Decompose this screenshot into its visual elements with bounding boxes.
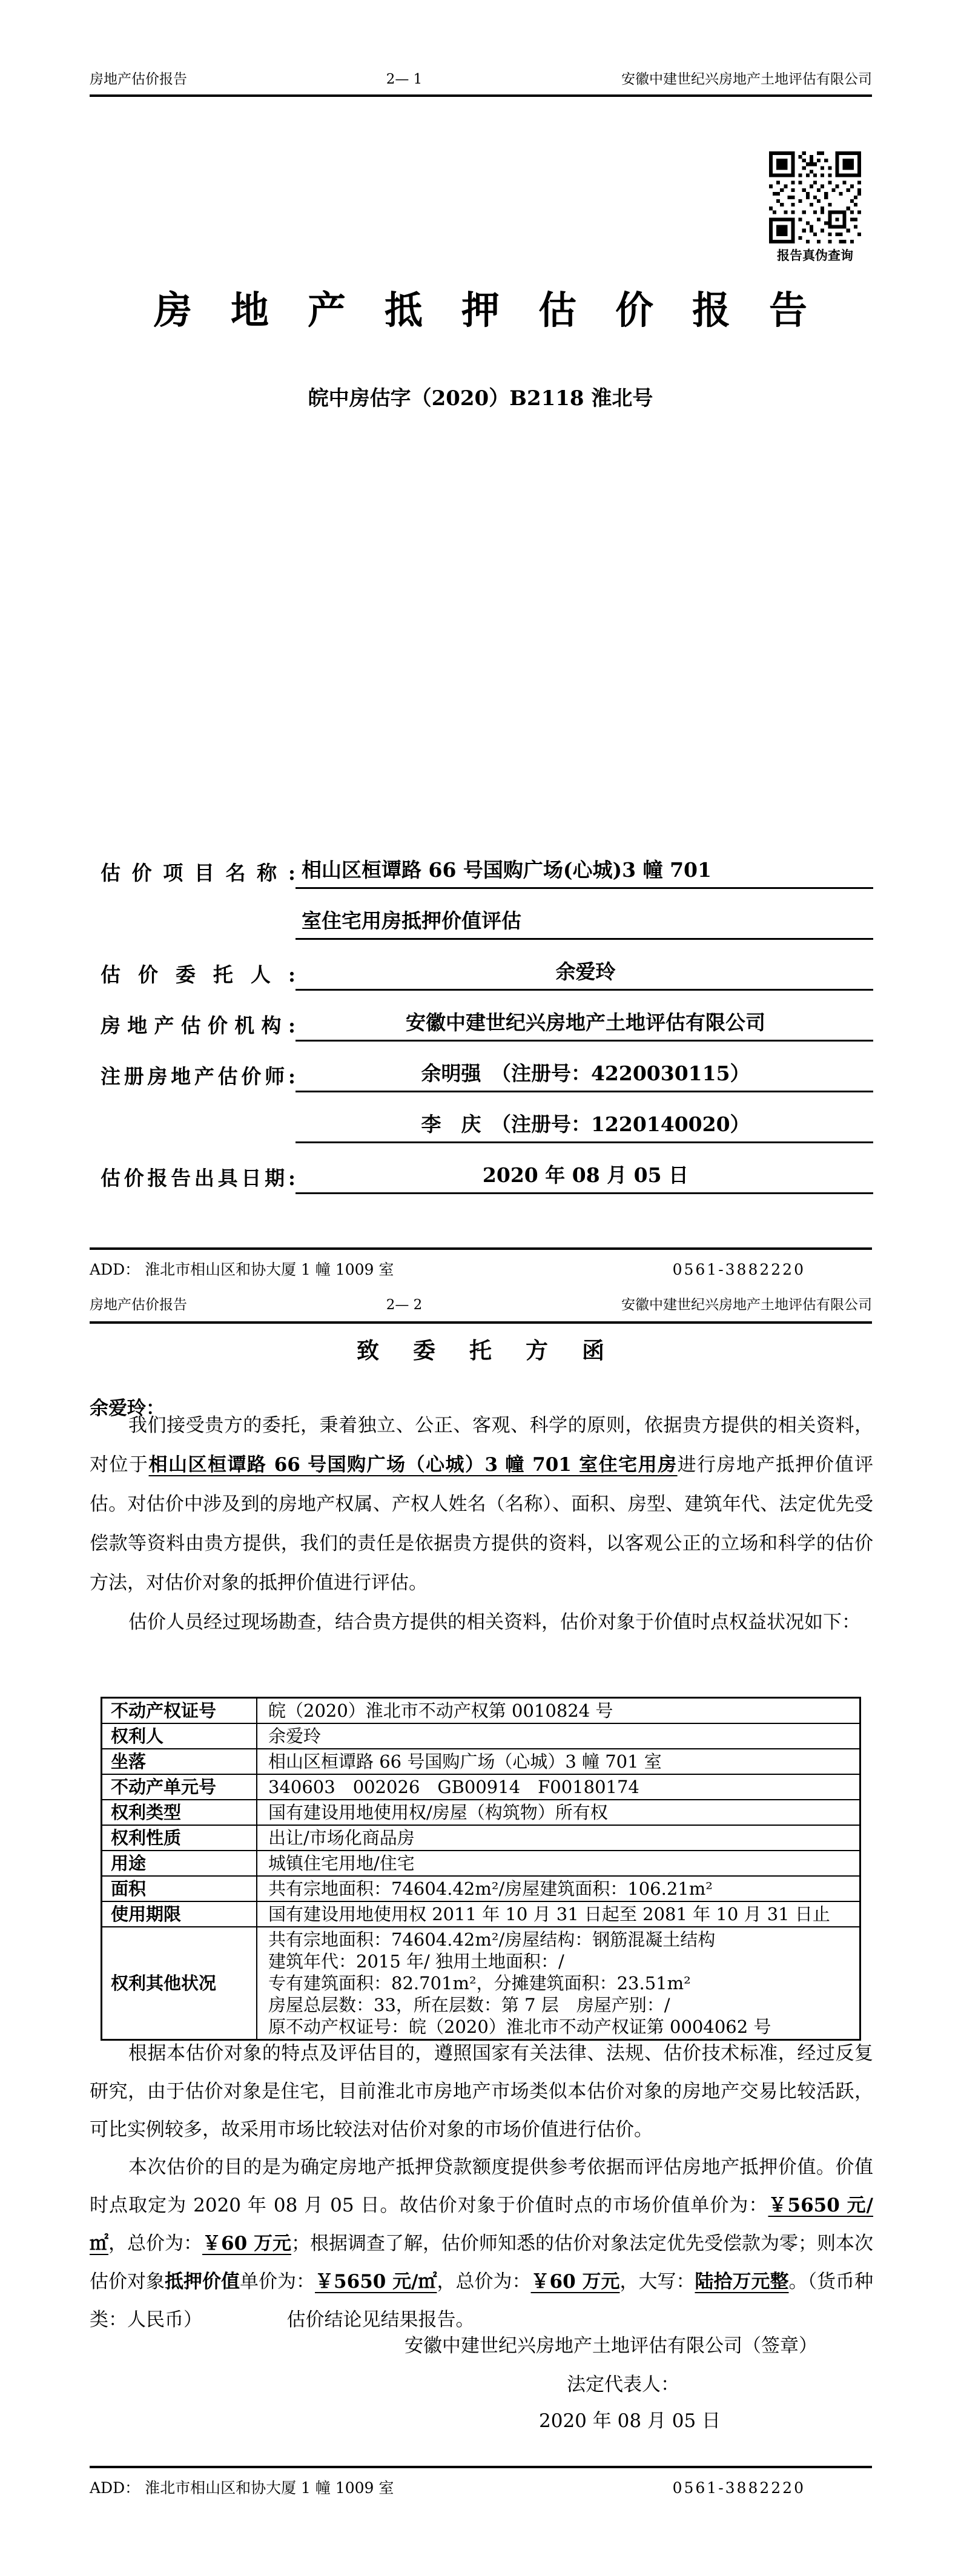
page1-header-rule xyxy=(90,94,872,97)
field-value: 安徽中建世纪兴房地产土地评估有限公司 xyxy=(296,1007,873,1042)
other-rights-line: 建筑年代：2015 年/ 独用土地面积：/ xyxy=(268,1950,859,1972)
subject-property-emphasis: 相山区桓谭路 66 号国购广场（心城）3 幢 701 室住宅用房 xyxy=(148,1454,677,1476)
field-appraiser-2: 李 庆 （注册号：1220140020） xyxy=(101,1107,873,1143)
paragraph-text: 本次估价的目的是为确定房地产抵押贷款额度提供参考依据而评估房地产抵押价值。价值时… xyxy=(90,2156,873,2216)
page2-footer-phone: 0561-3882220 xyxy=(673,2478,805,2498)
table-row: 用途 城镇住宅用地/住宅 xyxy=(102,1851,860,1876)
page1-header-company: 安徽中建世纪兴房地产土地评估有限公司 xyxy=(621,70,872,88)
field-value: 室住宅用房抵押价值评估 xyxy=(296,905,873,940)
letter-paragraph-2: 估价人员经过现场勘查，结合贵方提供的相关资料，估价对象于价值时点权益状况如下： xyxy=(90,1603,873,1641)
amount-in-words: 陆拾万元整 xyxy=(695,2271,788,2293)
paragraph-text: ，总价为： xyxy=(437,2271,530,2293)
row-label: 权利类型 xyxy=(102,1800,257,1825)
table-row: 坐落 相山区桓谭路 66 号国购广场（心城）3 幢 701 室 xyxy=(102,1749,860,1774)
field-label: 估价委托人: xyxy=(101,959,296,991)
report-title: 房地产抵押估价报告 xyxy=(0,280,961,335)
row-label: 用途 xyxy=(102,1851,257,1876)
table-row: 不动产单元号 340603 002026 GB00914 F00180174 xyxy=(102,1774,860,1800)
field-value: 李 庆 （注册号：1220140020） xyxy=(296,1109,873,1143)
row-value: 相山区桓谭路 66 号国购广场（心城）3 幢 701 室 xyxy=(257,1749,860,1774)
page2-header-page-number: 2— 2 xyxy=(386,1296,423,1314)
qr-code-image xyxy=(769,151,861,243)
paragraph-text: ，总价为： xyxy=(108,2233,202,2254)
row-value: 共有宗地面积：74604.42m²/房屋结构：钢筋混凝土结构 建筑年代：2015… xyxy=(257,1927,860,2040)
other-rights-line: 专有建筑面积：82.701m²，分摊建筑面积：23.51m² xyxy=(268,1972,859,1994)
report-number: 皖中房估字（2020）B2118 淮北号 xyxy=(0,381,961,411)
field-value: 相山区桓谭路 66 号国购广场(心城)3 幢 701 xyxy=(296,854,873,889)
row-label: 权利其他状况 xyxy=(102,1927,257,2040)
row-value: 共有宗地面积：74604.42m²/房屋建筑面积：106.21m² xyxy=(257,1876,860,1901)
field-project-name-line2: 室住宅用房抵押价值评估 xyxy=(101,903,873,940)
signature-company: 安徽中建世纪兴房地产土地评估有限公司（签章） xyxy=(405,2330,817,2357)
row-label: 权利人 xyxy=(102,1723,257,1749)
row-value: 余爱玲 xyxy=(257,1723,860,1749)
table-row: 权利人 余爱玲 xyxy=(102,1723,860,1749)
letter-title: 致委托方函 xyxy=(0,1332,961,1365)
letter-paragraph-3: 根据本估价对象的特点及评估目的，遵照国家有关法律、法规、估价技术标准，经过反复研… xyxy=(90,2035,873,2149)
letter-paragraph-1: 我们接受贵方的委托，秉着独立、公正、客观、科学的原则，依据贵方提供的相关资料，对… xyxy=(90,1406,873,1603)
total-price-value: ￥60 万元 xyxy=(202,2233,291,2254)
row-label: 权利性质 xyxy=(102,1825,257,1851)
row-value: 国有建设用地使用权/房屋（构筑物）所有权 xyxy=(257,1800,860,1825)
mortgage-value-emphasis: 抵押价值 xyxy=(165,2271,240,2293)
page1-footer-rule xyxy=(90,1247,872,1250)
mortgage-total-price-value: ￥60 万元 xyxy=(531,2271,620,2293)
table-row: 不动产权证号 皖（2020）淮北市不动产权第 0010824 号 xyxy=(102,1698,860,1724)
signature-legal-representative: 法定代表人： xyxy=(567,2369,679,2396)
page2-footer-rule xyxy=(90,2466,872,2468)
table-row: 权利类型 国有建设用地使用权/房屋（构筑物）所有权 xyxy=(102,1800,860,1825)
row-label: 不动产权证号 xyxy=(102,1698,257,1724)
table-row-other-rights: 权利其他状况 共有宗地面积：74604.42m²/房屋结构：钢筋混凝土结构 建筑… xyxy=(102,1927,860,2040)
page2-header-doc-type: 房地产估价报告 xyxy=(90,1296,187,1314)
page1-running-header: 房地产估价报告 2— 1 安徽中建世纪兴房地产土地评估有限公司 xyxy=(90,70,872,88)
page1-footer-phone: 0561-3882220 xyxy=(673,1260,805,1280)
row-label: 面积 xyxy=(102,1876,257,1901)
row-value: 皖（2020）淮北市不动产权第 0010824 号 xyxy=(257,1698,860,1724)
paragraph-text: 单价为： xyxy=(240,2271,315,2293)
page1-footer-address: ADD： 淮北市相山区和协大厦 1 幢 1009 室 xyxy=(90,1260,394,1280)
row-label: 坐落 xyxy=(102,1749,257,1774)
row-value: 城镇住宅用地/住宅 xyxy=(257,1851,860,1876)
field-label: 房地产估价机构: xyxy=(101,1010,296,1042)
field-appraiser-1: 注册房地产估价师: 余明强 （注册号：4220030115） xyxy=(101,1056,873,1092)
report-document: 房地产估价报告 2— 1 安徽中建世纪兴房地产土地评估有限公司 xyxy=(0,0,961,2576)
table-row: 面积 共有宗地面积：74604.42m²/房屋建筑面积：106.21m² xyxy=(102,1876,860,1901)
field-project-name: 估价项目名称: 相山区桓谭路 66 号国购广场(心城)3 幢 701 xyxy=(101,853,873,889)
row-label: 不动产单元号 xyxy=(102,1774,257,1800)
mortgage-unit-price-value: ￥5650 元/㎡ xyxy=(315,2271,437,2293)
other-rights-line: 共有宗地面积：74604.42m²/房屋结构：钢筋混凝土结构 xyxy=(268,1929,859,1950)
qr-code-block xyxy=(769,151,861,243)
letter-paragraph-4: 本次估价的目的是为确定房地产抵押贷款额度提供参考依据而评估房地产抵押价值。价值时… xyxy=(90,2148,873,2339)
page2-header-company: 安徽中建世纪兴房地产土地评估有限公司 xyxy=(621,1296,872,1314)
signature-date: 2020 年 08 月 05 日 xyxy=(539,2405,721,2432)
qr-caption: 报告真伪查询 xyxy=(764,246,866,264)
paragraph-text: ，大写： xyxy=(619,2271,695,2293)
field-value: 2020 年 08 月 05 日 xyxy=(296,1160,873,1194)
page2-running-header: 房地产估价报告 2— 2 安徽中建世纪兴房地产土地评估有限公司 xyxy=(90,1296,872,1314)
field-value: 余明强 （注册号：4220030115） xyxy=(296,1058,873,1092)
field-label: 注册房地产估价师: xyxy=(101,1061,296,1092)
row-value: 国有建设用地使用权 2011 年 10 月 31 日起至 2081 年 10 月… xyxy=(257,1901,860,1927)
table-row: 权利性质 出让/市场化商品房 xyxy=(102,1825,860,1851)
page1-header-doc-type: 房地产估价报告 xyxy=(90,70,187,88)
field-label: 估价报告出具日期: xyxy=(101,1163,296,1194)
row-value: 出让/市场化商品房 xyxy=(257,1825,860,1851)
other-rights-line: 房屋总层数：33，所在层数：第 7 层 房屋产别：/ xyxy=(268,1994,859,2016)
row-label: 使用期限 xyxy=(102,1901,257,1927)
page1-footer: ADD： 淮北市相山区和协大厦 1 幢 1009 室 0561-3882220 xyxy=(90,1260,872,1280)
field-report-date: 估价报告出具日期: 2020 年 08 月 05 日 xyxy=(101,1158,873,1194)
table-row: 使用期限 国有建设用地使用权 2011 年 10 月 31 日起至 2081 年… xyxy=(102,1901,860,1927)
field-value: 余爱玲 xyxy=(296,956,873,991)
page2-footer-address: ADD： 淮北市相山区和协大厦 1 幢 1009 室 xyxy=(90,2478,394,2498)
field-agency: 房地产估价机构: 安徽中建世纪兴房地产土地评估有限公司 xyxy=(101,1005,873,1042)
page2-header-rule xyxy=(90,1321,872,1324)
page2-footer: ADD： 淮北市相山区和协大厦 1 幢 1009 室 0561-3882220 xyxy=(90,2478,872,2498)
page1-header-page-number: 2— 1 xyxy=(386,70,423,88)
rights-status-table: 不动产权证号 皖（2020）淮北市不动产权第 0010824 号 权利人 余爱玲… xyxy=(101,1697,861,2041)
field-label: 估价项目名称: xyxy=(101,857,296,889)
row-value: 340603 002026 GB00914 F00180174 xyxy=(257,1774,860,1800)
field-client: 估价委托人: 余爱玲 xyxy=(101,954,873,991)
